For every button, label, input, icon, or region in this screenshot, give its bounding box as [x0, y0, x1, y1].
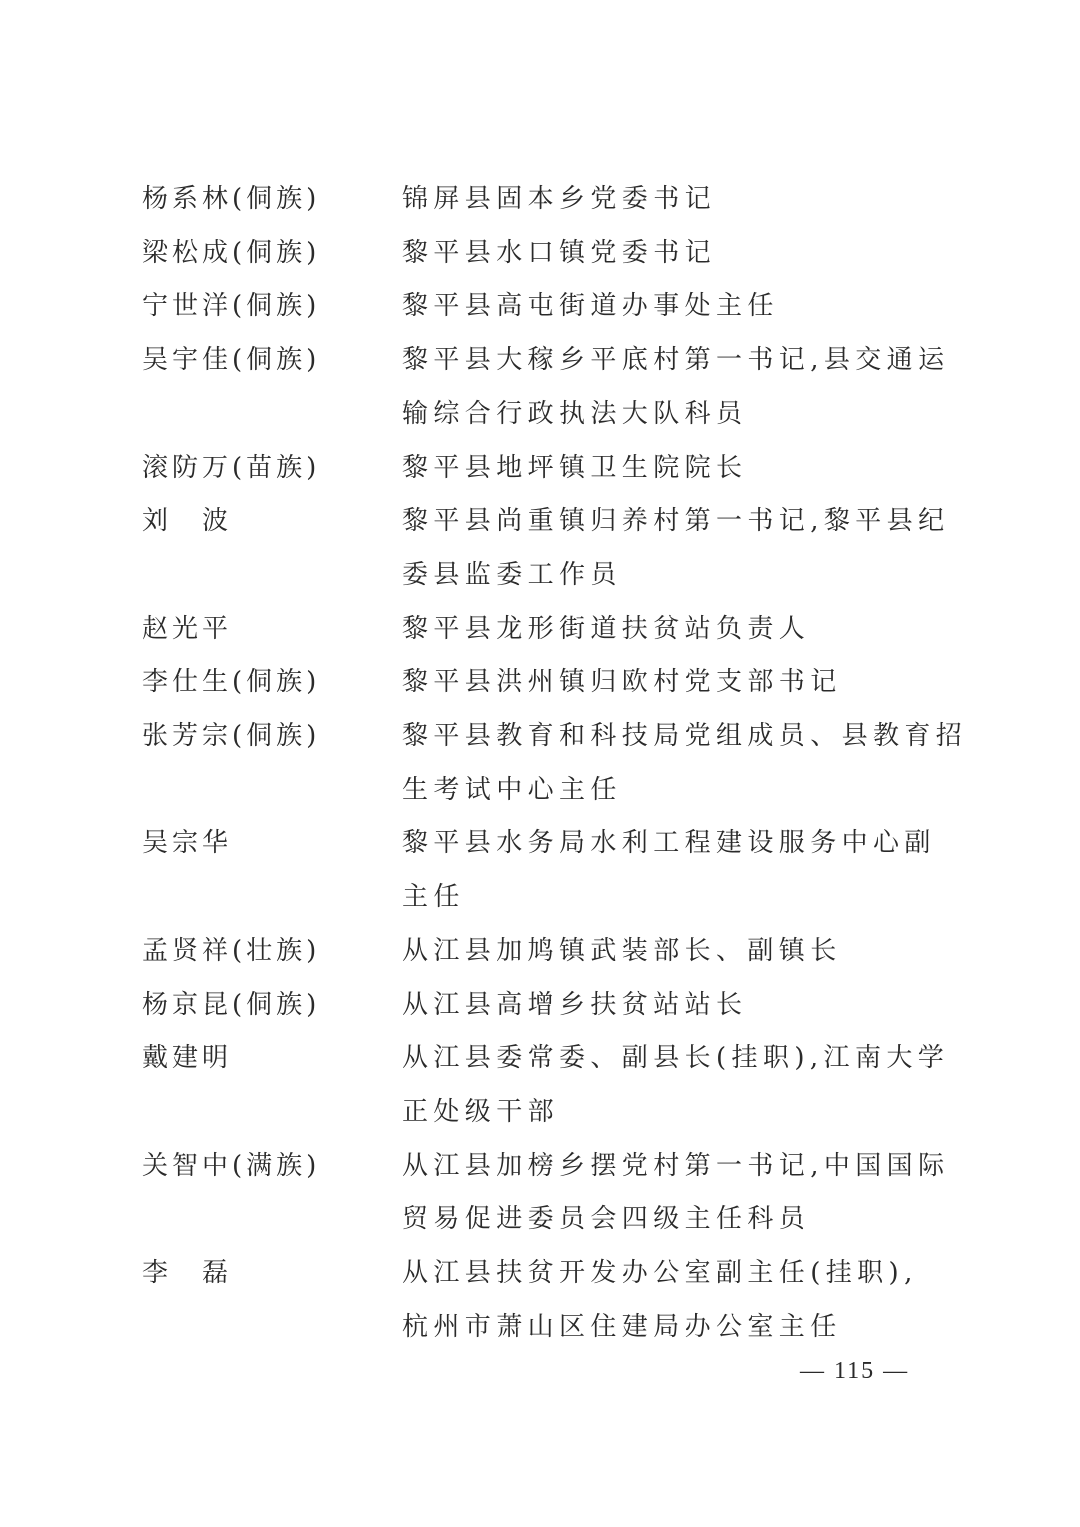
personnel-list: 杨系林(侗族) 锦屏县固本乡党委书记 梁松成(侗族) 黎平县水口镇党委书记 宁世…: [142, 173, 942, 1354]
position-line: 从江县扶贫开发办公室副主任(挂职),: [402, 1247, 942, 1301]
person-position: 黎平县高屯街道办事处主任: [402, 280, 942, 334]
position-line: 委县监委工作员: [402, 549, 942, 603]
person-name: 关智中(满族): [142, 1140, 402, 1247]
position-line: 黎平县洪州镇归欧村党支部书记: [402, 656, 942, 710]
position-line: 黎平县水口镇党委书记: [402, 227, 942, 281]
list-item: 孟贤祥(壮族) 从江县加鸠镇武装部长、副镇长: [142, 925, 942, 979]
position-line: 生考试中心主任: [402, 764, 942, 818]
position-line: 从江县高增乡扶贫站站长: [402, 979, 942, 1033]
page-number: — 115 —: [800, 1358, 909, 1385]
list-item: 刘 波 黎平县尚重镇归养村第一书记,黎平县纪 委县监委工作员: [142, 495, 942, 602]
person-name: 孟贤祥(壮族): [142, 925, 402, 979]
person-name: 张芳宗(侗族): [142, 710, 402, 817]
person-name: 李 磊: [142, 1247, 402, 1354]
person-position: 黎平县教育和科技局党组成员、县教育招 生考试中心主任: [402, 710, 942, 817]
position-line: 黎平县水务局水利工程建设服务中心副: [402, 817, 942, 871]
person-name: 刘 波: [142, 495, 402, 602]
person-name: 戴建明: [142, 1032, 402, 1139]
position-line: 从江县委常委、副县长(挂职),江南大学: [402, 1032, 942, 1086]
position-line: 从江县加鸠镇武装部长、副镇长: [402, 925, 942, 979]
person-position: 黎平县尚重镇归养村第一书记,黎平县纪 委县监委工作员: [402, 495, 942, 602]
position-line: 黎平县大稼乡平底村第一书记,县交通运: [402, 334, 942, 388]
person-position: 从江县高增乡扶贫站站长: [402, 979, 942, 1033]
position-line: 正处级干部: [402, 1086, 942, 1140]
person-position: 从江县扶贫开发办公室副主任(挂职), 杭州市萧山区住建局办公室主任: [402, 1247, 942, 1354]
list-item: 戴建明 从江县委常委、副县长(挂职),江南大学 正处级干部: [142, 1032, 942, 1139]
position-line: 从江县加榜乡摆党村第一书记,中国国际: [402, 1140, 942, 1194]
person-name: 赵光平: [142, 603, 402, 657]
person-name: 杨京昆(侗族): [142, 979, 402, 1033]
list-item: 宁世洋(侗族) 黎平县高屯街道办事处主任: [142, 280, 942, 334]
person-position: 黎平县洪州镇归欧村党支部书记: [402, 656, 942, 710]
list-item: 杨系林(侗族) 锦屏县固本乡党委书记: [142, 173, 942, 227]
list-item: 滚防万(苗族) 黎平县地坪镇卫生院院长: [142, 442, 942, 496]
person-position: 锦屏县固本乡党委书记: [402, 173, 942, 227]
list-item: 杨京昆(侗族) 从江县高增乡扶贫站站长: [142, 979, 942, 1033]
person-position: 从江县委常委、副县长(挂职),江南大学 正处级干部: [402, 1032, 942, 1139]
list-item: 关智中(满族) 从江县加榜乡摆党村第一书记,中国国际 贸易促进委员会四级主任科员: [142, 1140, 942, 1247]
person-name: 滚防万(苗族): [142, 442, 402, 496]
list-item: 吴宗华 黎平县水务局水利工程建设服务中心副 主任: [142, 817, 942, 924]
person-position: 黎平县水务局水利工程建设服务中心副 主任: [402, 817, 942, 924]
position-line: 杭州市萧山区住建局办公室主任: [402, 1301, 942, 1355]
position-line: 黎平县尚重镇归养村第一书记,黎平县纪: [402, 495, 942, 549]
position-line: 锦屏县固本乡党委书记: [402, 173, 942, 227]
person-name: 李仕生(侗族): [142, 656, 402, 710]
list-item: 李仕生(侗族) 黎平县洪州镇归欧村党支部书记: [142, 656, 942, 710]
person-name: 吴宗华: [142, 817, 402, 924]
position-line: 贸易促进委员会四级主任科员: [402, 1193, 942, 1247]
list-item: 李 磊 从江县扶贫开发办公室副主任(挂职), 杭州市萧山区住建局办公室主任: [142, 1247, 942, 1354]
person-name: 杨系林(侗族): [142, 173, 402, 227]
person-name: 宁世洋(侗族): [142, 280, 402, 334]
list-item: 梁松成(侗族) 黎平县水口镇党委书记: [142, 227, 942, 281]
person-position: 黎平县水口镇党委书记: [402, 227, 942, 281]
position-line: 黎平县高屯街道办事处主任: [402, 280, 942, 334]
person-position: 黎平县大稼乡平底村第一书记,县交通运 输综合行政执法大队科员: [402, 334, 942, 441]
person-position: 黎平县龙形街道扶贫站负责人: [402, 603, 942, 657]
person-name: 梁松成(侗族): [142, 227, 402, 281]
position-line: 黎平县地坪镇卫生院院长: [402, 442, 942, 496]
person-position: 黎平县地坪镇卫生院院长: [402, 442, 942, 496]
list-item: 赵光平 黎平县龙形街道扶贫站负责人: [142, 603, 942, 657]
list-item: 张芳宗(侗族) 黎平县教育和科技局党组成员、县教育招 生考试中心主任: [142, 710, 942, 817]
person-position: 从江县加鸠镇武装部长、副镇长: [402, 925, 942, 979]
position-line: 输综合行政执法大队科员: [402, 388, 942, 442]
position-line: 主任: [402, 871, 942, 925]
list-item: 吴宇佳(侗族) 黎平县大稼乡平底村第一书记,县交通运 输综合行政执法大队科员: [142, 334, 942, 441]
person-name: 吴宇佳(侗族): [142, 334, 402, 441]
position-line: 黎平县龙形街道扶贫站负责人: [402, 603, 942, 657]
person-position: 从江县加榜乡摆党村第一书记,中国国际 贸易促进委员会四级主任科员: [402, 1140, 942, 1247]
position-line: 黎平县教育和科技局党组成员、县教育招: [402, 710, 942, 764]
